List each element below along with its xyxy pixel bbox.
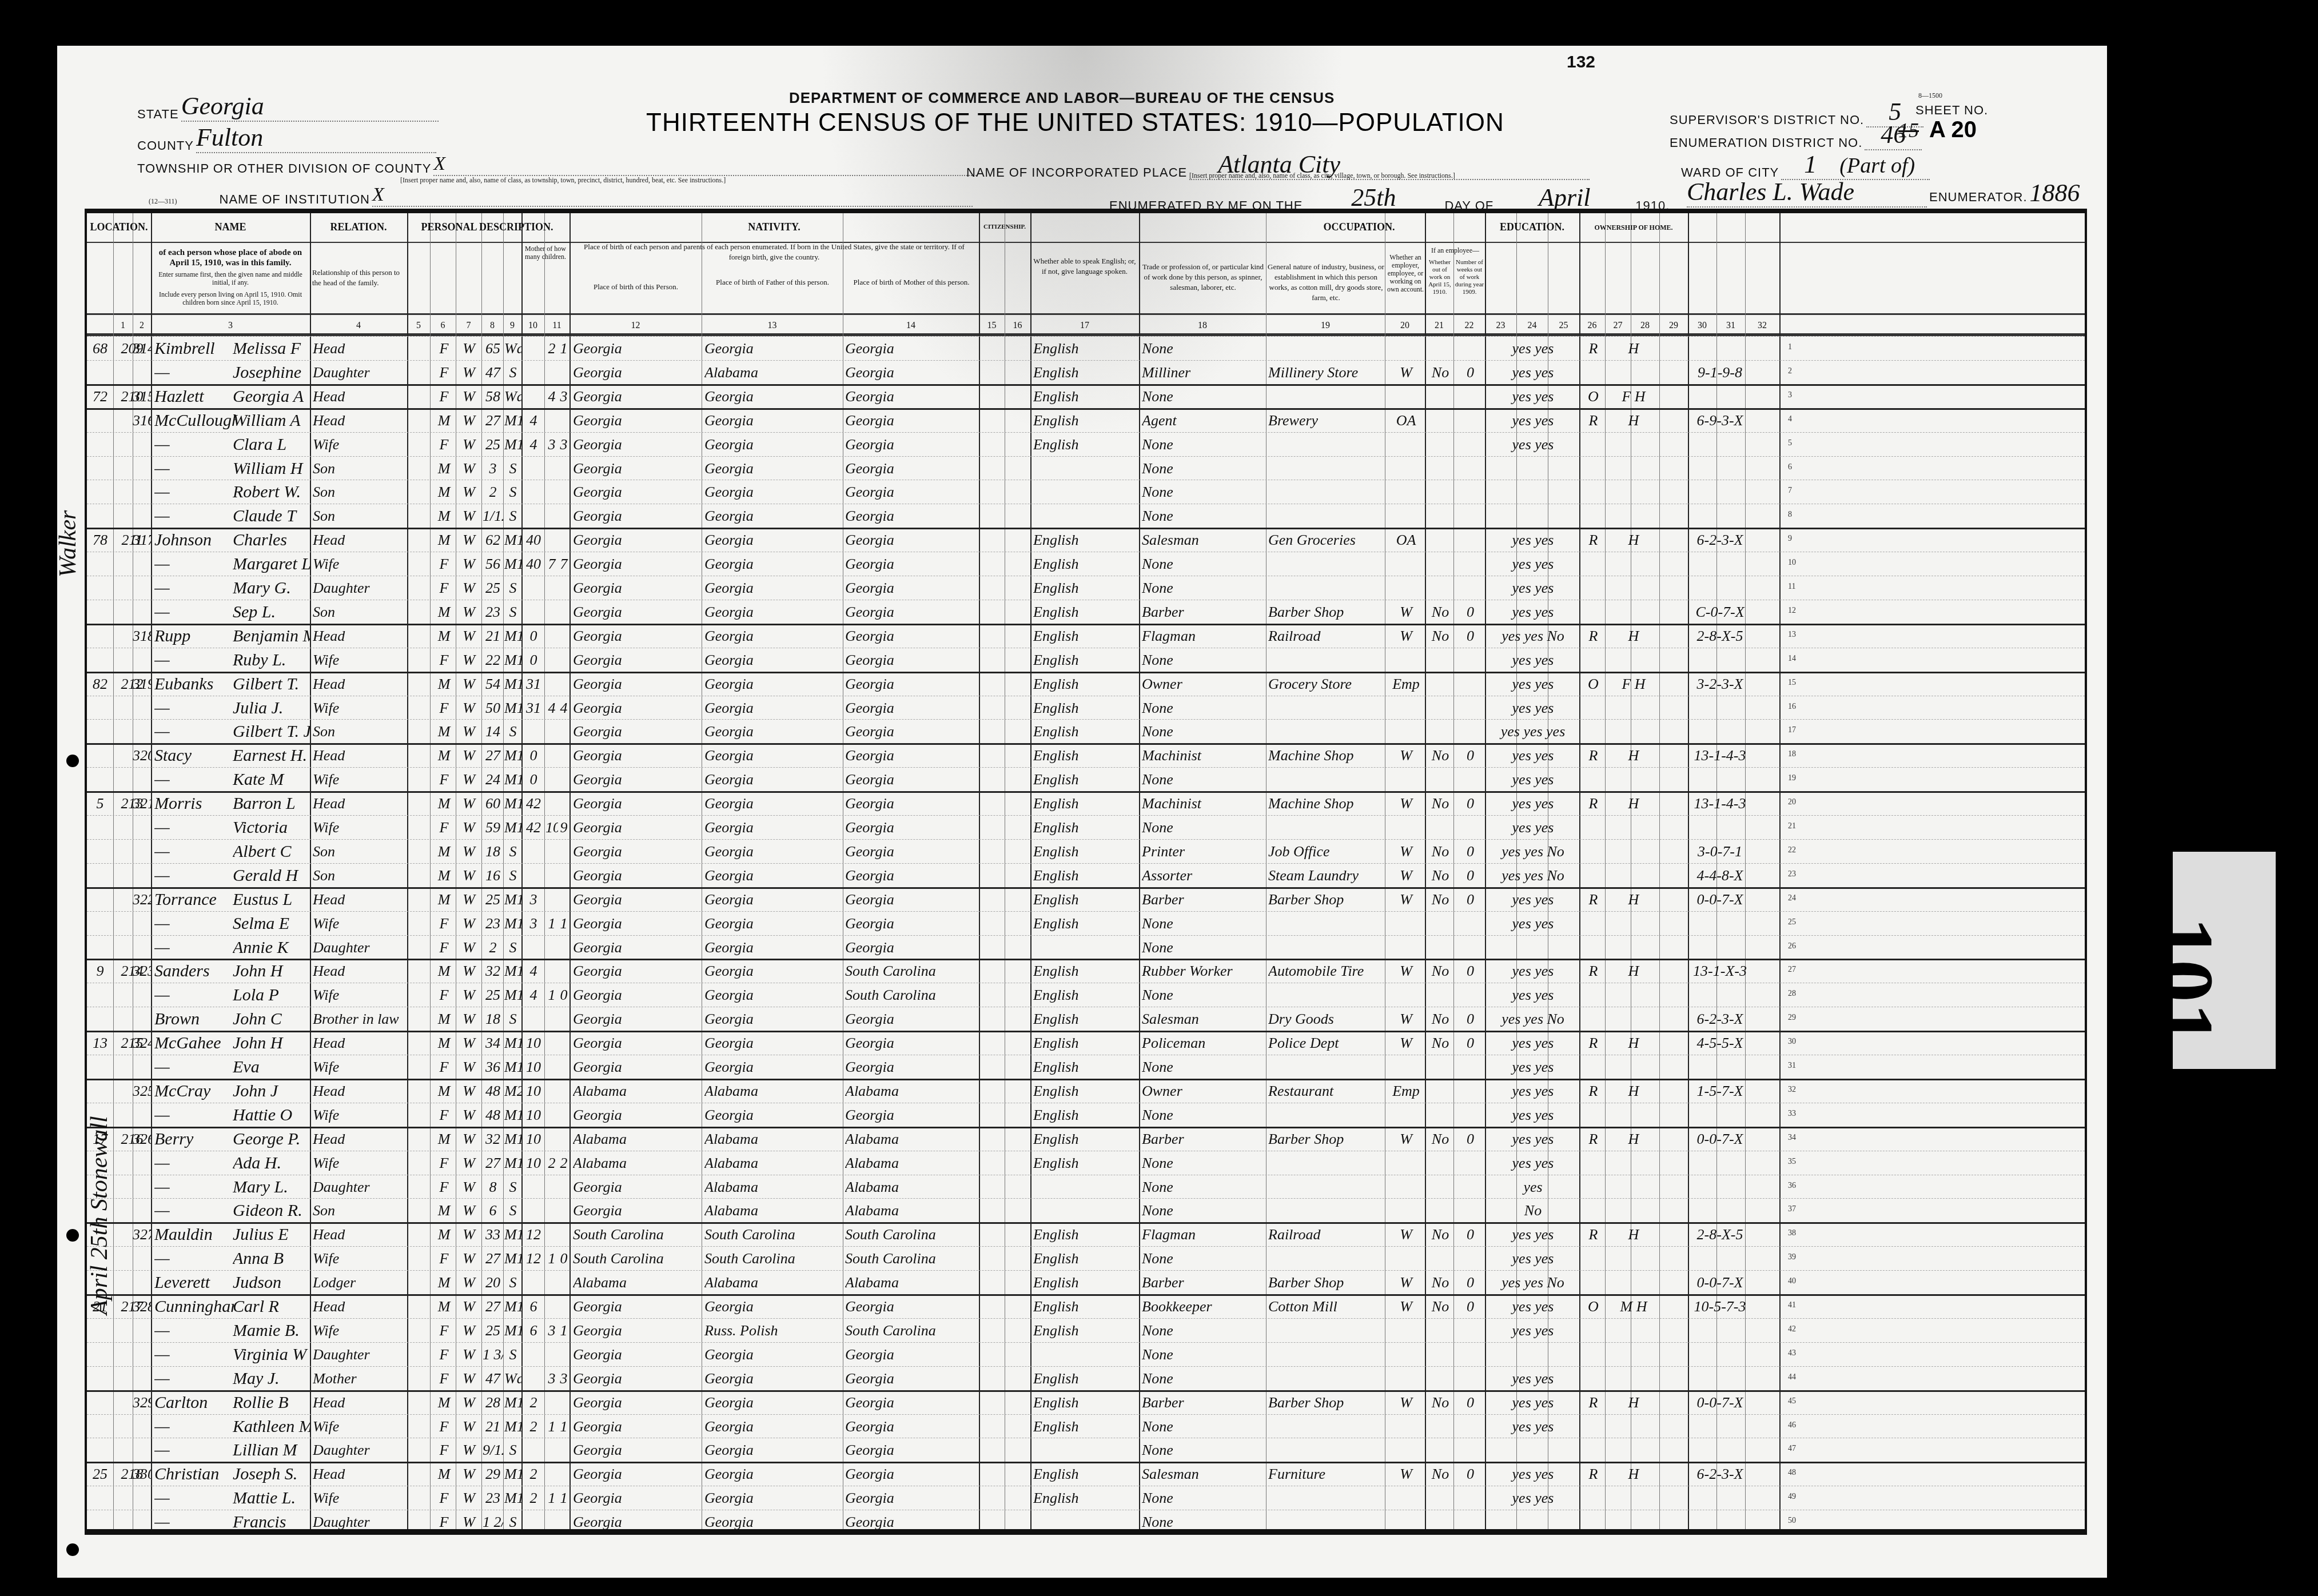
cell-family-number: 327 xyxy=(133,1223,151,1246)
cell-given-name: Mary L. xyxy=(233,1176,310,1199)
line-number: 11 xyxy=(1788,582,1795,592)
cell-father-birthplace: Georgia xyxy=(704,553,843,576)
cell-sex: F xyxy=(432,1439,456,1462)
cell-father-birthplace: Georgia xyxy=(704,1391,843,1414)
line-number: 32 xyxy=(1788,1086,1796,1095)
cell-sex: M xyxy=(432,601,456,624)
cell-marital-status: M1 xyxy=(504,1295,521,1318)
cell-father-birthplace: Alabama xyxy=(704,1176,843,1199)
cell-education: yes yes xyxy=(1487,361,1579,384)
cell-relation: Wife xyxy=(313,553,407,576)
cell-race: W xyxy=(456,1391,481,1414)
cell-education: yes yes xyxy=(1487,984,1579,1007)
line-number: 4 xyxy=(1788,415,1792,424)
ward-field: WARD OF CITY 1(Part of) xyxy=(1681,150,1930,180)
department-heading: DEPARTMENT OF COMMERCE AND LABOR—BUREAU … xyxy=(789,89,1335,107)
cell-trade: Flagman xyxy=(1142,1223,1266,1246)
cell-race: W xyxy=(456,1199,481,1222)
cell-birthplace: Georgia xyxy=(573,361,702,384)
cell-age: 8 xyxy=(483,1176,503,1199)
cell-marital-status: M1 xyxy=(504,673,521,696)
cell-relation: Head xyxy=(313,1391,407,1414)
line-number: 30 xyxy=(1788,1038,1796,1047)
cell-trade: None xyxy=(1142,1511,1266,1534)
cell-birthplace: Georgia xyxy=(573,1199,702,1222)
cell-children-living: 0 xyxy=(558,1247,569,1270)
cell-mother-birthplace: Georgia xyxy=(845,601,979,624)
column-number: 11 xyxy=(544,321,569,331)
cell-marital-status: S xyxy=(504,1439,521,1462)
cell-mother-birthplace: Georgia xyxy=(845,888,979,911)
cell-trade: None xyxy=(1142,1104,1266,1127)
cell-weeks-out: 0 xyxy=(1456,1032,1485,1055)
cell-mother-birthplace: Georgia xyxy=(845,1295,979,1318)
cell-relation: Wife xyxy=(313,1247,407,1270)
cell-years-married: 4 xyxy=(523,433,544,456)
cell-family-number: 326 xyxy=(133,1128,151,1151)
cell-given-name: Francis xyxy=(233,1511,310,1534)
cell-birthplace: Georgia xyxy=(573,1511,702,1534)
cell-language: English xyxy=(1033,385,1139,408)
cell-father-birthplace: Georgia xyxy=(704,601,843,624)
cell-mother-birthplace: Georgia xyxy=(845,1415,979,1438)
line-number: 14 xyxy=(1788,655,1796,664)
cell-sex: M xyxy=(432,1223,456,1246)
cell-children-living: 3 xyxy=(558,1367,569,1390)
cell-age: 9/12 xyxy=(483,1439,503,1462)
line-number: 1 xyxy=(1788,343,1792,352)
cell-language: English xyxy=(1033,601,1139,624)
cell-employer-status: W xyxy=(1387,1391,1425,1414)
cell-sex: F xyxy=(432,577,456,600)
education-heading: EDUCATION. xyxy=(1485,221,1579,233)
cell-industry: Cotton Mill xyxy=(1268,1295,1385,1318)
cell-surname: Torrance xyxy=(154,888,236,911)
cell-age: 50 xyxy=(483,697,503,720)
side-note-street-top: Walker xyxy=(54,510,82,577)
cell-employer-status: W xyxy=(1387,361,1425,384)
cell-given-name: Clara L xyxy=(233,433,310,456)
weeks-out-heading: Number of weeks out of work during year … xyxy=(1455,259,1484,296)
cell-surname: Stacy xyxy=(154,744,236,767)
cell-father-birthplace: Georgia xyxy=(704,1295,843,1318)
cell-surname: — xyxy=(154,1176,236,1199)
cell-mother-birthplace: Georgia xyxy=(845,1056,979,1079)
cell-surname: Morris xyxy=(154,792,236,815)
cell-race: W xyxy=(456,337,481,360)
cell-marital-status: M1 xyxy=(504,744,521,767)
cell-education: yes yes xyxy=(1487,816,1579,839)
cell-language: English xyxy=(1033,361,1139,384)
column-number: 2 xyxy=(133,321,151,331)
cell-relation: Head xyxy=(313,1463,407,1486)
cell-surname: — xyxy=(154,649,236,672)
column-number: 8 xyxy=(481,321,503,331)
cell-race: W xyxy=(456,1487,481,1510)
cell-birthplace: Georgia xyxy=(573,1391,702,1414)
cell-out-of-work: No xyxy=(1427,601,1453,624)
cell-education: yes yes xyxy=(1487,912,1579,935)
cell-sex: M xyxy=(432,1032,456,1055)
column-number: 30 xyxy=(1688,321,1716,331)
cell-mother-birthplace: Georgia xyxy=(845,577,979,600)
cell-owned-rented: R xyxy=(1582,337,1605,360)
cell-birthplace: Georgia xyxy=(573,1415,702,1438)
cell-children-living: 0 xyxy=(558,984,569,1007)
cell-family-number: 328 xyxy=(133,1295,151,1318)
cell-trade: None xyxy=(1142,912,1266,935)
cell-age: 18 xyxy=(483,840,503,863)
cell-education: yes yes xyxy=(1487,1463,1579,1486)
cell-children-living: 2 xyxy=(558,1152,569,1175)
cell-relation: Wife xyxy=(313,649,407,672)
cell-age: 25 xyxy=(483,433,503,456)
cell-years-married: 4 xyxy=(523,409,544,432)
cell-trade: Barber xyxy=(1142,1391,1266,1414)
cell-language: English xyxy=(1033,433,1139,456)
enumerated-month: April xyxy=(1539,183,1590,212)
cell-given-name: Eva xyxy=(233,1056,310,1079)
cell-language: English xyxy=(1033,649,1139,672)
cell-language: English xyxy=(1033,1367,1139,1390)
cell-free-mortgaged: M H xyxy=(1608,1295,1659,1318)
cell-employer-status: Emp xyxy=(1387,1080,1425,1103)
cell-trade: Bookkeeper xyxy=(1142,1295,1266,1318)
cell-surname: Leverett xyxy=(154,1271,236,1294)
cell-street-number: 82 xyxy=(87,673,113,696)
column-number: 12 xyxy=(569,321,702,331)
cell-surname: — xyxy=(154,601,236,624)
cell-marital-status: S xyxy=(504,457,521,480)
cell-family-number: 330 xyxy=(133,1463,151,1486)
cell-mother-birthplace: Georgia xyxy=(845,505,979,528)
cell-marital-status: M1 xyxy=(504,1128,521,1151)
cell-education: yes yes No xyxy=(1487,1271,1579,1294)
line-number: 45 xyxy=(1788,1397,1796,1406)
cell-given-name: John H xyxy=(233,960,310,983)
column-number: 4 xyxy=(310,321,407,331)
township-hint: [Insert proper name and, also, name of c… xyxy=(400,176,977,185)
cell-family-number: 324 xyxy=(133,1032,151,1055)
cell-father-birthplace: Alabama xyxy=(704,1152,843,1175)
cell-birthplace: Georgia xyxy=(573,768,702,791)
cell-trade: Salesman xyxy=(1142,1008,1266,1031)
cell-trade: Agent xyxy=(1142,409,1266,432)
if-employee-heading: If an employee— xyxy=(1426,245,1484,256)
cell-surname: — xyxy=(154,1343,236,1366)
cell-sex: M xyxy=(432,1295,456,1318)
column-number: 13 xyxy=(702,321,843,331)
cell-sex: F xyxy=(432,697,456,720)
cell-years-married: 3 xyxy=(523,912,544,935)
cell-mother-birthplace: Georgia xyxy=(845,720,979,743)
cell-birthplace: Georgia xyxy=(573,577,702,600)
cell-out-of-work: No xyxy=(1427,361,1453,384)
cell-trade: None xyxy=(1142,481,1266,504)
cell-age: 27 xyxy=(483,1247,503,1270)
cell-surname: Rupp xyxy=(154,625,236,648)
cell-father-birthplace: Georgia xyxy=(704,649,843,672)
cell-birthplace: Georgia xyxy=(573,720,702,743)
cell-weeks-out: 0 xyxy=(1456,1463,1485,1486)
cell-surname: McCray xyxy=(154,1080,236,1103)
cell-owned-rented: R xyxy=(1582,960,1605,983)
cell-race: W xyxy=(456,649,481,672)
column-number: 1 xyxy=(113,321,133,331)
line-number: 44 xyxy=(1788,1373,1796,1382)
cell-birthplace: Georgia xyxy=(573,481,702,504)
cell-relation: Head xyxy=(313,1128,407,1151)
cell-trade: None xyxy=(1142,337,1266,360)
cell-mother-birthplace: Georgia xyxy=(845,361,979,384)
cell-coding-marks: 2-8-X-5 xyxy=(1660,625,1779,648)
county-value: Fulton xyxy=(196,123,263,151)
cell-out-of-work: No xyxy=(1427,1391,1453,1414)
state-value: Georgia xyxy=(181,92,264,120)
cell-street-number: 72 xyxy=(87,385,113,408)
cell-education: yes yes No xyxy=(1487,625,1579,648)
cell-coding-marks: 4-5-5-X xyxy=(1660,1032,1779,1055)
cell-coding-marks: 0-0-7-X xyxy=(1660,1128,1779,1151)
cell-relation: Daughter xyxy=(313,936,407,959)
institution-label: NAME OF INSTITUTION xyxy=(220,192,370,206)
cell-owned-rented: O xyxy=(1582,1295,1605,1318)
cell-education: yes yes xyxy=(1487,409,1579,432)
cell-language: English xyxy=(1033,960,1139,983)
cell-birthplace: Georgia xyxy=(573,960,702,983)
cell-birthplace: Georgia xyxy=(573,888,702,911)
sheet-struck: 15 xyxy=(1898,119,1919,142)
cell-marital-status: S xyxy=(504,481,521,504)
line-number: 34 xyxy=(1788,1134,1796,1143)
cell-father-birthplace: Georgia xyxy=(704,744,843,767)
cell-out-of-work: No xyxy=(1427,1271,1453,1294)
cell-father-birthplace: Alabama xyxy=(704,1080,843,1103)
cell-race: W xyxy=(456,1056,481,1079)
enumerator-label: ENUMERATOR. xyxy=(1929,190,2028,204)
cell-father-birthplace: Russ. Polish xyxy=(704,1319,843,1342)
cell-sex: M xyxy=(432,960,456,983)
line-number: 27 xyxy=(1788,965,1796,975)
cell-age: 23 xyxy=(483,601,503,624)
cell-free-mortgaged: H xyxy=(1608,409,1659,432)
cell-language: English xyxy=(1033,1247,1139,1270)
cell-mother-birthplace: Georgia xyxy=(845,744,979,767)
cell-coding-marks: 6-2-3-X xyxy=(1660,1463,1779,1486)
cell-sex: F xyxy=(432,361,456,384)
cell-father-birthplace: Georgia xyxy=(704,1511,843,1534)
place-label: NAME OF INCORPORATED PLACE xyxy=(966,165,1187,179)
cell-relation: Wife xyxy=(313,768,407,791)
cell-birthplace: Alabama xyxy=(573,1080,702,1103)
cell-children-living: 3 xyxy=(558,385,569,408)
cell-owned-rented: R xyxy=(1582,529,1605,552)
cell-marital-status: M1 xyxy=(504,768,521,791)
cell-given-name: Charles xyxy=(233,529,310,552)
line-number: 3 xyxy=(1788,391,1792,400)
cell-father-birthplace: Georgia xyxy=(704,433,843,456)
cell-employer-status: W xyxy=(1387,744,1425,767)
cell-coding-marks: 1-5-7-X xyxy=(1660,1080,1779,1103)
cell-years-married: 10 xyxy=(523,1128,544,1151)
cell-race: W xyxy=(456,433,481,456)
line-number: 42 xyxy=(1788,1325,1796,1334)
cell-father-birthplace: Georgia xyxy=(704,577,843,600)
column-number: 10 xyxy=(521,321,544,331)
cell-sex: M xyxy=(432,529,456,552)
census-title: THIRTEENTH CENSUS OF THE UNITED STATES: … xyxy=(646,109,1504,137)
cell-children-born: 10 xyxy=(545,816,558,839)
cell-father-birthplace: Georgia xyxy=(704,481,843,504)
cell-given-name: Lillian M xyxy=(233,1439,310,1462)
cell-father-birthplace: Georgia xyxy=(704,697,843,720)
cell-mother-birthplace: Georgia xyxy=(845,792,979,815)
cell-mother-birthplace: South Carolina xyxy=(845,1223,979,1246)
cell-father-birthplace: Georgia xyxy=(704,529,843,552)
cell-trade: None xyxy=(1142,577,1266,600)
cell-out-of-work: No xyxy=(1427,1008,1453,1031)
cell-mother-birthplace: Georgia xyxy=(845,1391,979,1414)
cell-relation: Son xyxy=(313,505,407,528)
cell-trade: None xyxy=(1142,1343,1266,1366)
column-number: 26 xyxy=(1579,321,1605,331)
cell-owned-rented: R xyxy=(1582,1128,1605,1151)
cell-owned-rented: R xyxy=(1582,1032,1605,1055)
cell-given-name: Joseph S. xyxy=(233,1463,310,1486)
line-number: 13 xyxy=(1788,631,1796,640)
cell-surname: — xyxy=(154,1487,236,1510)
cell-trade: None xyxy=(1142,720,1266,743)
cell-language: English xyxy=(1033,337,1139,360)
cell-sex: F xyxy=(432,1367,456,1390)
cell-language: English xyxy=(1033,1295,1139,1318)
cell-relation: Head xyxy=(313,337,407,360)
cell-relation: Head xyxy=(313,385,407,408)
cell-birthplace: Georgia xyxy=(573,792,702,815)
ownership-heading: OWNERSHIP OF HOME. xyxy=(1579,224,1688,232)
cell-trade: None xyxy=(1142,697,1266,720)
cell-free-mortgaged: F H xyxy=(1608,385,1659,408)
cell-marital-status: M1 xyxy=(504,1487,521,1510)
cell-out-of-work: No xyxy=(1427,792,1453,815)
cell-industry: Millinery Store xyxy=(1268,361,1385,384)
cell-employer-status: W xyxy=(1387,601,1425,624)
name-instruction-1: Enter surname first, then the given name… xyxy=(154,270,306,286)
cell-mother-birthplace: South Carolina xyxy=(845,1319,979,1342)
cell-coding-marks: 0-0-7-X xyxy=(1660,1271,1779,1294)
mother-of-heading: Mother of how many children. xyxy=(521,245,569,261)
cell-free-mortgaged: H xyxy=(1608,1391,1659,1414)
line-number: 31 xyxy=(1788,1062,1796,1071)
cell-father-birthplace: Georgia xyxy=(704,505,843,528)
ward-value: 1 xyxy=(1804,150,1817,178)
cell-coding-marks: 3-0-7-1 xyxy=(1660,840,1779,863)
cell-father-birthplace: Georgia xyxy=(704,1032,843,1055)
cell-race: W xyxy=(456,697,481,720)
sheet-label: SHEET NO. xyxy=(1915,103,1988,117)
cell-years-married: 42 xyxy=(523,816,544,839)
cell-race: W xyxy=(456,481,481,504)
cell-education: yes yes xyxy=(1487,1032,1579,1055)
cell-relation: Daughter xyxy=(313,1176,407,1199)
cell-father-birthplace: Alabama xyxy=(704,1271,843,1294)
cell-out-of-work: No xyxy=(1427,1223,1453,1246)
cell-father-birthplace: Georgia xyxy=(704,457,843,480)
cell-language: English xyxy=(1033,1080,1139,1103)
cell-mother-birthplace: Georgia xyxy=(845,673,979,696)
cell-years-married: 3 xyxy=(523,888,544,911)
cell-relation: Daughter xyxy=(313,1343,407,1366)
cell-age: 32 xyxy=(483,1128,503,1151)
cell-language: English xyxy=(1033,1391,1139,1414)
cell-free-mortgaged: H xyxy=(1608,888,1659,911)
line-number: 46 xyxy=(1788,1421,1796,1430)
cell-father-birthplace: Georgia xyxy=(704,912,843,935)
cell-employer-status: W xyxy=(1387,1032,1425,1055)
cell-education: yes yes xyxy=(1487,697,1579,720)
cell-father-birthplace: Georgia xyxy=(704,984,843,1007)
cell-education: yes yes xyxy=(1487,673,1579,696)
cell-education: yes yes xyxy=(1487,529,1579,552)
county-label: COUNTY xyxy=(137,138,194,153)
cell-education: yes yes xyxy=(1487,433,1579,456)
cell-given-name: Georgia A xyxy=(233,385,310,408)
line-number: 40 xyxy=(1788,1277,1796,1286)
cell-mother-birthplace: Georgia xyxy=(845,457,979,480)
cell-given-name: Eustus L xyxy=(233,888,310,911)
cell-marital-status: M1 xyxy=(504,888,521,911)
cell-sex: F xyxy=(432,936,456,959)
cell-age: 1 2/12 xyxy=(483,1511,503,1534)
cell-relation: Lodger xyxy=(313,1271,407,1294)
cell-father-birthplace: Alabama xyxy=(704,1128,843,1151)
cell-surname: — xyxy=(154,481,236,504)
cell-mother-birthplace: Georgia xyxy=(845,1463,979,1486)
cell-coding-marks: 13-1-X-3 xyxy=(1660,960,1779,983)
cell-surname: — xyxy=(154,1056,236,1079)
cell-language: English xyxy=(1033,1008,1139,1031)
line-number: 2 xyxy=(1788,367,1792,376)
cell-relation: Wife xyxy=(313,1056,407,1079)
cell-industry: Railroad xyxy=(1268,1223,1385,1246)
column-number: 28 xyxy=(1631,321,1659,331)
name-heading: NAME xyxy=(151,221,310,233)
cell-race: W xyxy=(456,1439,481,1462)
cell-trade: Owner xyxy=(1142,673,1266,696)
cell-coding-marks: 0-0-7-X xyxy=(1660,1391,1779,1414)
nativity-heading: NATIVITY. xyxy=(569,221,979,233)
cell-marital-status: S xyxy=(504,361,521,384)
cell-owned-rented: R xyxy=(1582,1463,1605,1486)
cell-marital-status: S xyxy=(504,1511,521,1534)
cell-marital-status: S xyxy=(504,1176,521,1199)
cell-given-name: Judson xyxy=(233,1271,310,1294)
cell-free-mortgaged: H xyxy=(1608,1223,1659,1246)
cell-race: W xyxy=(456,361,481,384)
cell-children-born: 4 xyxy=(545,697,558,720)
cell-sex: M xyxy=(432,673,456,696)
cell-sex: M xyxy=(432,792,456,815)
cell-age: 3 xyxy=(483,457,503,480)
cell-trade: None xyxy=(1142,768,1266,791)
cell-years-married: 0 xyxy=(523,768,544,791)
cell-sex: F xyxy=(432,1247,456,1270)
column-number: 29 xyxy=(1659,321,1688,331)
cell-birthplace: Georgia xyxy=(573,673,702,696)
cell-weeks-out: 0 xyxy=(1456,960,1485,983)
cell-birthplace: Georgia xyxy=(573,1439,702,1462)
cell-sex: F xyxy=(432,385,456,408)
